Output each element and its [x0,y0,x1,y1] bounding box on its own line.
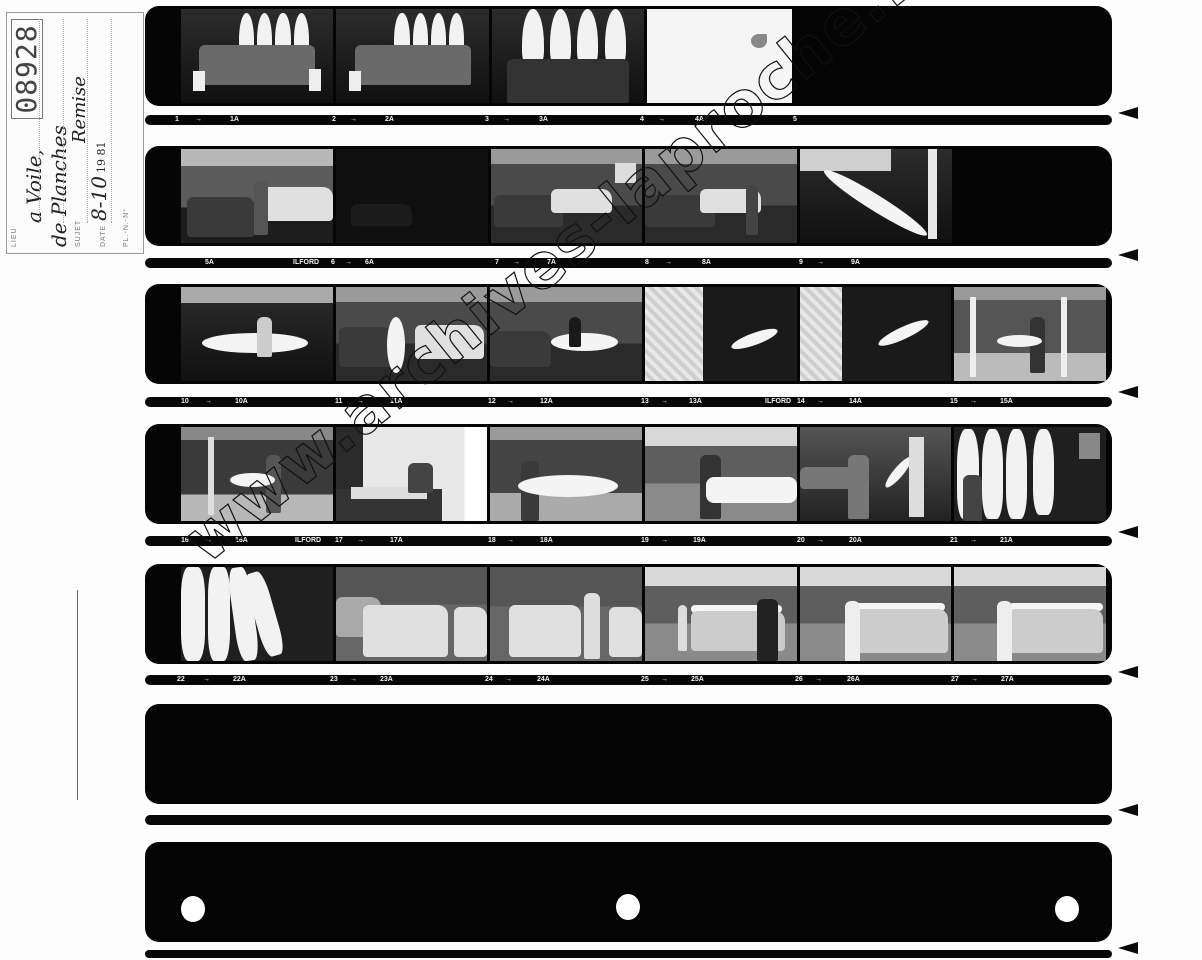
frame-7[interactable] [491,149,643,243]
frame-10[interactable] [181,287,333,381]
strip-marker-icon [1118,386,1138,398]
film-strip-1 [145,6,1112,106]
punch-hole-icon [181,896,205,922]
frame-25[interactable] [645,567,797,661]
frame-9[interactable] [800,149,952,243]
margin-line [77,590,78,800]
frame-12[interactable] [490,287,642,381]
frame-2[interactable] [336,9,488,103]
strip-marker-icon [1118,942,1138,954]
subject-line-3: a Voile, [22,149,46,223]
frame-27[interactable] [954,567,1106,661]
frame-13[interactable] [645,287,797,381]
frame-18[interactable] [490,427,642,521]
punch-hole-icon [1055,896,1079,922]
frame-number-strip-7 [145,950,1112,958]
film-strip-2 [145,146,1112,246]
frame-6[interactable] [336,149,488,243]
frame-26[interactable] [800,567,952,661]
frame-16[interactable] [181,427,333,521]
frame-number-strip-4: 16 → 16A ILFORD 17 → 17A 18 → 18A 19 → 1… [145,536,1112,546]
frame-17[interactable] [336,427,488,521]
strip-marker-icon [1118,526,1138,538]
plate-number-label: PL.-N.-N° [123,208,130,247]
strip-marker-icon [1118,107,1138,119]
frame-number-strip-1: 1 → 1A 2 → 2A 3 → 3A 4 → 4A 5 [145,115,1112,125]
subject-line-2: de Planches [47,125,71,247]
frame-15[interactable] [954,287,1106,381]
frame-23[interactable] [336,567,488,661]
film-strip-3 [145,284,1112,384]
frame-number-strip-5: 22 → 22A 23 → 23A 24 → 24A 25 → 25A 26 →… [145,675,1112,685]
film-strip-4 [145,424,1112,524]
strip-marker-icon [1118,666,1138,678]
film-strip-6-unexposed [145,704,1112,804]
frame-5[interactable] [181,149,333,243]
punch-hole-icon [616,894,640,920]
date-value: 8-10 [87,176,111,221]
strip-marker-icon [1118,804,1138,816]
frame-number-strip-3: 10 → 10A 11 → 11A 12 → 12A 13 → 13A ILFO… [145,397,1112,407]
frame-number-strip-2: 5A ILFORD 6 → 6A 7 → 7A 8 → 8A 9 → 9A [145,258,1112,268]
frame-4[interactable] [647,9,792,103]
subject-label: SUJET [75,220,82,247]
frame-14[interactable] [800,287,952,381]
strip-marker-icon [1118,249,1138,261]
archive-label-card: 08928 PL.-N.-N° DATE 8-10 19 81 SUJET Re… [6,12,144,254]
frame-24[interactable] [490,567,642,661]
place-label: LIEU [11,227,18,247]
frame-20[interactable] [800,427,952,521]
frame-22[interactable] [181,567,333,661]
frame-19[interactable] [645,427,797,521]
frame-21[interactable] [954,427,1106,521]
frame-3[interactable] [492,9,644,103]
film-strip-5 [145,564,1112,664]
frame-1[interactable] [181,9,333,103]
frame-8[interactable] [645,149,797,243]
frame-number-strip-6 [145,815,1112,825]
year-value: 19 81 [95,142,108,174]
date-label: DATE [100,225,107,247]
frame-11[interactable] [336,287,488,381]
film-strip-7-unexposed [145,842,1112,942]
